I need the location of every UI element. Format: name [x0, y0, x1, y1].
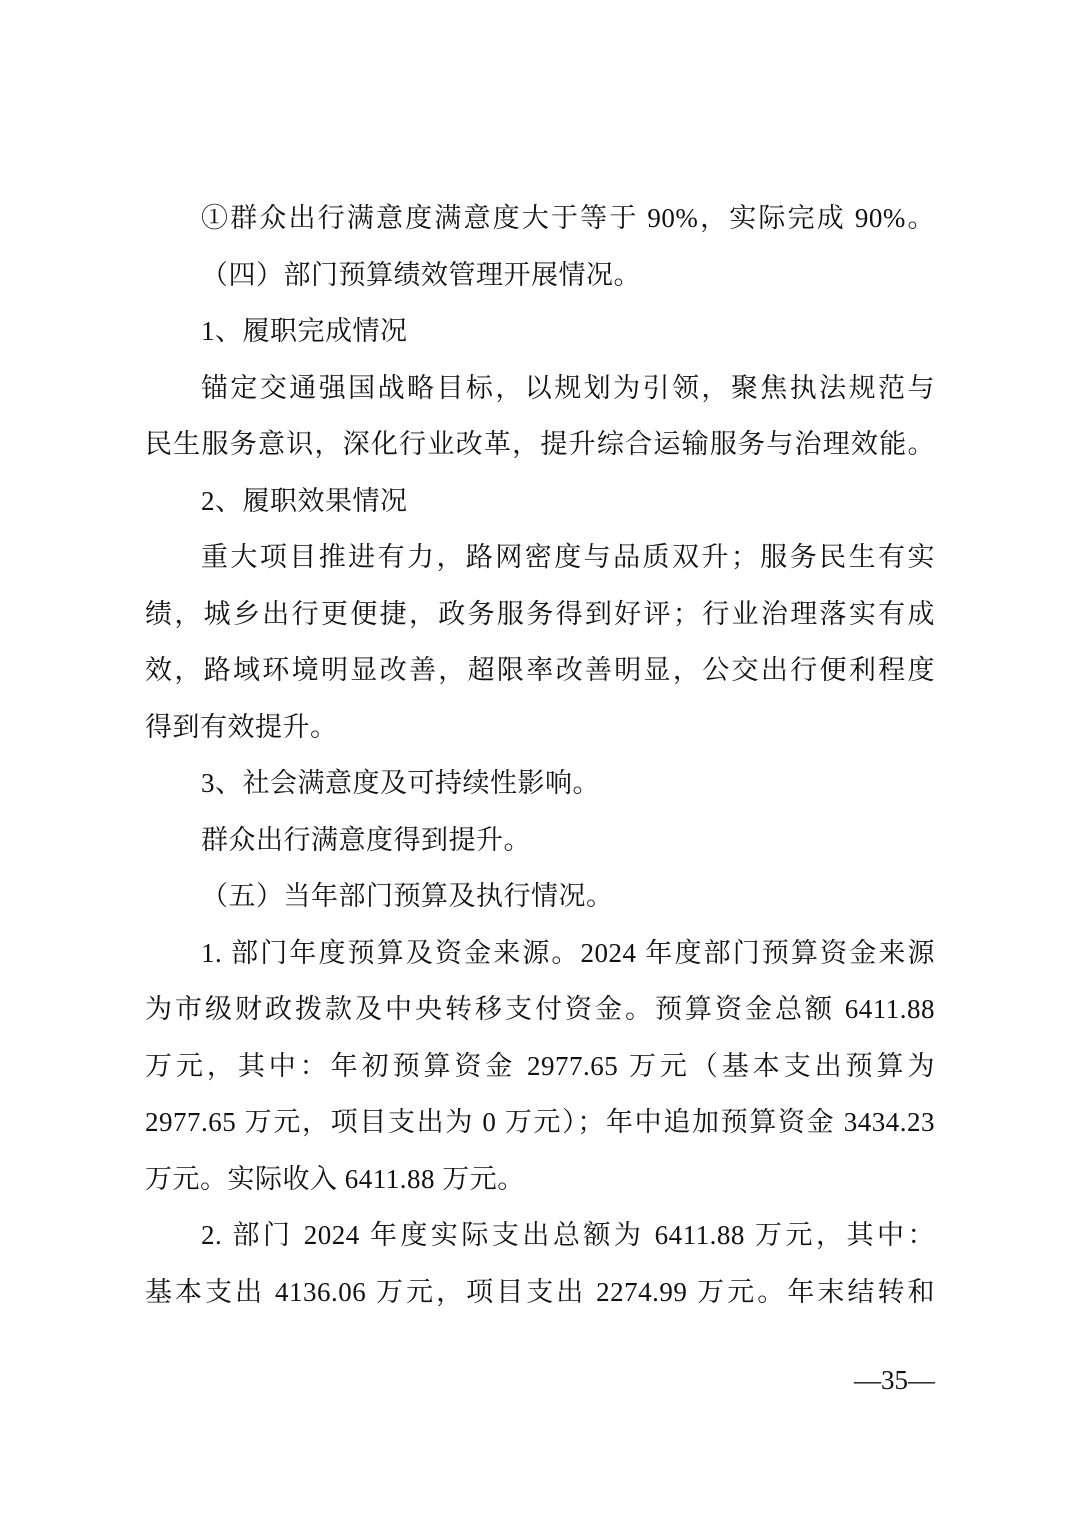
text-line: 万元。实际收入 6411.88 万元。 — [145, 1151, 935, 1208]
text-line: 锚定交通强国战略目标，以规划为引领，聚焦执法规范与 — [145, 360, 935, 417]
text-line: 民生服务意识，深化行业改革，提升综合运输服务与治理效能。 — [145, 416, 935, 473]
text-line: 3、社会满意度及可持续性影响。 — [145, 755, 935, 812]
document-page: ①群众出行满意度满意度大于等于 90%，实际完成 90%。 （四）部门预算绩效管… — [0, 0, 1074, 1520]
text-line: 1. 部门年度预算及资金来源。2024 年度部门预算资金来源 — [145, 925, 935, 982]
text-line: 1、履职完成情况 — [145, 303, 935, 360]
text-line: 效，路域环境明显改善，超限率改善明显，公交出行便利程度 — [145, 642, 935, 699]
text-line: 2. 部门 2024 年度实际支出总额为 6411.88 万元，其中： — [145, 1207, 935, 1264]
text-line: 2、履职效果情况 — [145, 473, 935, 530]
text-line: 为市级财政拨款及中央转移支付资金。预算资金总额 6411.88 — [145, 981, 935, 1038]
text-line: ①群众出行满意度满意度大于等于 90%，实际完成 90%。 — [145, 190, 935, 247]
text-line: 万元，其中：年初预算资金 2977.65 万元（基本支出预算为 — [145, 1038, 935, 1095]
text-line: （五）当年部门预算及执行情况。 — [145, 868, 935, 925]
text-line: 绩，城乡出行更便捷，政务服务得到好评；行业治理落实有成 — [145, 586, 935, 643]
text-line: （四）部门预算绩效管理开展情况。 — [145, 247, 935, 304]
document-body: ①群众出行满意度满意度大于等于 90%，实际完成 90%。 （四）部门预算绩效管… — [145, 190, 935, 1320]
text-line: 2977.65 万元，项目支出为 0 万元）；年中追加预算资金 3434.23 — [145, 1094, 935, 1151]
text-line: 群众出行满意度得到提升。 — [145, 812, 935, 869]
page-number: —35— — [854, 1360, 935, 1400]
text-line: 基本支出 4136.06 万元，项目支出 2274.99 万元。年末结转和 — [145, 1264, 935, 1321]
text-line: 重大项目推进有力，路网密度与品质双升；服务民生有实 — [145, 529, 935, 586]
text-line: 得到有效提升。 — [145, 699, 935, 756]
